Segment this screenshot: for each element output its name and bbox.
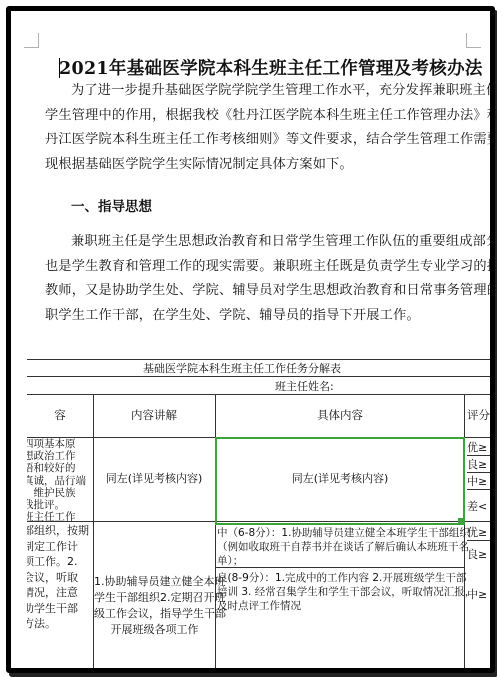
row2-explanation-cell[interactable]: 1.协助辅导员建立健全本班 学生干部组织2.定期召开班 级工作会议，指导学生干部… — [94, 574, 215, 638]
cell-line: 助学生干部 — [27, 601, 89, 617]
cell-line: 1.协助辅导员建立健全本班 — [94, 574, 215, 590]
cell-line: 培训 3. 经常召集学生和学生干部会议，听取情况汇报， — [217, 585, 475, 599]
cell-line: 级工作会议，指导学生干部 — [94, 606, 215, 622]
intro-line: 现根据基础医学院学生实际情况制定具体方案如下。 — [45, 153, 475, 178]
row2-medium-details-cell[interactable]: 中（6-8分）：1.协助辅导员建立健全本班学生干部组织 （例如收取班干自荐书并在… — [217, 526, 470, 568]
cell-line: 学生干部组织2.定期召开班 — [94, 590, 215, 606]
cell-line: 班主任工作 — [27, 511, 86, 523]
intro-line: 学生管理中的作用，根据我校《牡丹江医学院本科生班主任工作管理办法》和《牡 — [45, 104, 475, 129]
cell-line: 方法。 — [27, 616, 89, 632]
section-heading[interactable]: 一、指导思想 — [71, 195, 152, 215]
cell-line: 情况，注意 — [27, 585, 89, 601]
table-title: 基础医学院本科生班主任工作任务分解表 — [27, 360, 457, 376]
header-details: 具体内容 — [215, 407, 465, 423]
row1-explanation-cell[interactable]: 同左(详见考核内容) — [93, 471, 215, 487]
cell-line: 开展班级各项工作 — [94, 622, 215, 638]
cell-line: 我批评。 — [27, 499, 86, 511]
header-content: 容 — [27, 407, 93, 423]
cell-line: 真诚，品行端 — [27, 475, 86, 487]
margin-corner-top-left — [24, 33, 39, 48]
intro-paragraph[interactable]: 为了进一步提升基础医学院学院学生管理工作水平，充分发挥兼职班主任在 学生管理中的… — [45, 79, 475, 177]
document-frame: 2021年基础医学院本科生班主任工作管理及考核办法 为了进一步提升基础医学院学院… — [6, 6, 495, 673]
grade-medium: 中≥ — [467, 473, 495, 490]
grade-good: 良≥ — [467, 546, 487, 562]
cell-line: 及时点评工作情况 — [217, 599, 475, 613]
grade-excellent: 优≥ — [467, 524, 495, 541]
grade-excellent: 优≥ — [467, 439, 495, 456]
task-table[interactable]: 基础医学院本科生班主任工作任务分解表 班主任姓名: 容 内容讲解 具体内容 评分… — [27, 359, 495, 673]
row2-good-details-cell[interactable]: 良(8-9分）：1.完成中的工作内容 2.开展班级学生干部 培训 3. 经常召集… — [217, 571, 475, 613]
cell-line: 项工作。2. — [27, 554, 89, 570]
margin-corner-top-right — [466, 33, 481, 48]
section-line: 也是学生教育和管理工作的现实需要。兼职班主任既是负责学生专业学习的指导 — [45, 255, 475, 280]
header-explanation: 内容讲解 — [93, 407, 215, 423]
row1-content-cell[interactable]: 四项基本原 想政治工作 悟和较好的 真诚，品行端 ，维护民族 我批评。 班主任工… — [27, 438, 86, 523]
cell-line: 制定工作计 — [27, 539, 89, 555]
intro-line: 为了进一步提升基础医学院学院学生管理工作水平，充分发挥兼职班主任在 — [45, 79, 475, 104]
grade-good: 良≥ — [467, 456, 495, 473]
cell-line: 中（6-8分）：1.协助辅导员建立健全本班学生干部组织 — [217, 526, 470, 540]
section-line: 教师，又是协助学生处、学院、辅导员对学生思想政治教育和日常事务管理的兼 — [45, 279, 475, 304]
cell-line: （例如收取班干自荐书并在谈话了解后确认本班班干名 — [217, 540, 470, 554]
selection-fill-handle[interactable] — [458, 518, 463, 523]
row2-content-cell[interactable]: 部组织，按期 制定工作计 项工作。2. 会议，听取 情况，注意 助学生干部 方法… — [27, 523, 89, 632]
cell-line: 良(8-9分）：1.完成中的工作内容 2.开展班级学生干部 — [217, 571, 475, 585]
cell-line: ，维护民族 — [27, 487, 86, 499]
cell-line: 部组织，按期 — [27, 523, 89, 539]
table-border — [215, 394, 216, 673]
table-border — [27, 376, 495, 377]
document-page: 2021年基础医学院本科生班主任工作管理及考核办法 为了进一步提升基础医学院学院… — [11, 11, 490, 668]
section-line: 兼职班主任是学生思想政治教育和日常学生管理工作队伍的重要组成部分， — [45, 230, 475, 255]
intro-line: 丹江医学院本科生班主任工作考核细则》等文件要求，结合学生管理工作需要， — [45, 128, 475, 153]
cell-line: 想政治工作 — [27, 450, 86, 462]
header-score: 评分 — [467, 407, 495, 423]
guiding-paragraph[interactable]: 兼职班主任是学生思想政治教育和日常学生管理工作队伍的重要组成部分， 也是学生教育… — [45, 230, 475, 328]
section-line: 职学生工作干部，在学生处、学院、辅导员的指导下开展工作。 — [45, 304, 475, 329]
cell-line: 单）； — [217, 554, 470, 568]
cell-line: 悟和较好的 — [27, 462, 86, 474]
table-border — [27, 394, 495, 395]
cell-line: 会议，听取 — [27, 570, 89, 586]
document-title[interactable]: 2021年基础医学院本科生班主任工作管理及考核办法 — [59, 55, 469, 80]
cell-selection-box — [215, 437, 465, 525]
cell-line: 四项基本原 — [27, 438, 86, 450]
grade-medium: 中≥ — [467, 586, 487, 602]
teacher-name-label: 班主任姓名: — [275, 378, 334, 394]
grade-poor: 差< — [467, 498, 487, 514]
